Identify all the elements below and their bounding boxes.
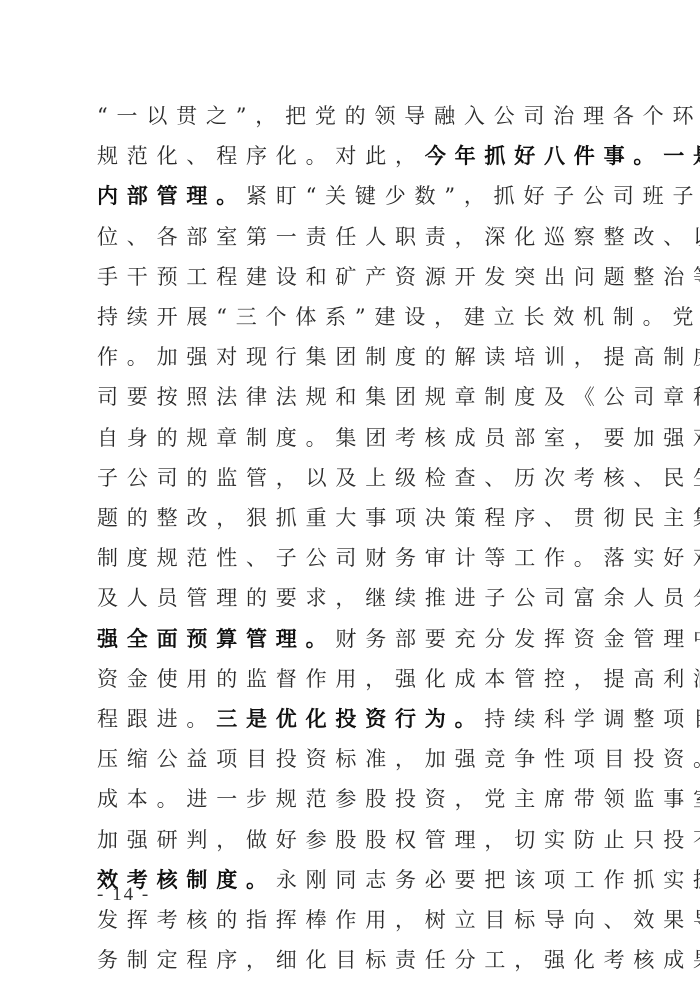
paragraph-text: 程跟进。 <box>97 707 216 731</box>
paragraph-text: 自身的规章制度。集团考核成员部室，要加强对主要业务领域和 <box>97 426 700 450</box>
bold-heading-text: 今年抓好八件事。一是进一步加强企业 <box>425 143 700 168</box>
paragraph-text: 永刚同志务必要把该项工作抓实抓好抓到位，充分 <box>276 868 700 892</box>
text-line: 压缩公益项目投资标准，加强竞争性项目投资。优化设计，管控 <box>97 744 617 774</box>
paragraph-text: “一以贯之”，把党的领导融入公司治理各个环节，实现制度化、 <box>97 104 700 128</box>
text-line: 内部管理。紧盯“关键少数”，抓好子公司班子主体责任和各单 <box>97 181 617 211</box>
text-line: 成本。进一步规范参股投资，党主席带领监事室、投资发展部， <box>97 784 617 814</box>
paragraph-text: 持续开展“三个体系”建设，建立长效机制。党主席抓好该项工 <box>97 305 700 329</box>
text-line: 手干预工程建设和矿产资源开发突出问题整治等专项工作成果， <box>97 262 617 292</box>
bold-heading-text: 强全面预算管理。 <box>97 626 335 651</box>
paragraph-text: 压缩公益项目投资标准，加强竞争性项目投资。优化设计，管控 <box>97 747 700 771</box>
document-page: “一以贯之”，把党的领导融入公司治理各个环节，实现制度化、规范化、程序化。对此，… <box>0 0 700 990</box>
text-line: 位、各部室第一责任人职责，深化巡察整改、以案促改、违规插 <box>97 222 617 252</box>
text-line: 资金使用的监督作用，强化成本管控，提高利润率，监事室要全 <box>97 664 617 694</box>
text-line: 题的整改，狠抓重大事项决策程序、贯彻民主集中制情况、内部 <box>97 503 617 533</box>
paragraph-text: 紧盯“关键少数”，抓好子公司班子主体责任和各单 <box>246 184 700 208</box>
text-line: 务制定程序，细化目标责任分工，强化考核成果运用，统筹考虑 <box>97 945 617 975</box>
text-line: 自身的规章制度。集团考核成员部室，要加强对主要业务领域和 <box>97 423 617 453</box>
paragraph-text: 务制定程序，细化目标责任分工，强化考核成果运用，统筹考虑 <box>97 948 700 972</box>
paragraph-text: 财务部要充分发挥资金管理中心对下属子公司 <box>335 627 700 651</box>
bold-heading-text: 三是优化投资行为。 <box>216 706 484 731</box>
text-line: 发挥考核的指挥棒作用，树立目标导向、效果导向。优化目标任 <box>97 905 617 935</box>
paragraph-text: 发挥考核的指挥棒作用，树立目标导向、效果导向。优化目标任 <box>97 908 700 932</box>
paragraph-text: 制度规范性、子公司财务审计等工作。落实好对子公司工资总额 <box>97 546 700 570</box>
text-line: 程跟进。三是优化投资行为。持续科学调整项目类型和项目规模， <box>97 704 617 734</box>
paragraph-text: 及人员管理的要求，继续推进子公司富余人员分流工作。 <box>97 586 700 610</box>
text-line: 强全面预算管理。财务部要充分发挥资金管理中心对下属子公司 <box>97 624 617 654</box>
page-number: - 14 - <box>97 882 150 908</box>
paragraph-text: 加强研判，做好参股股权管理，切实防止只投不管。 <box>97 828 700 852</box>
text-line: 效考核制度。永刚同志务必要把该项工作抓实抓好抓到位，充分 <box>97 865 617 895</box>
text-line: 制度规范性、子公司财务审计等工作。落实好对子公司工资总额 <box>97 543 617 573</box>
text-line: “一以贯之”，把党的领导融入公司治理各个环节，实现制度化、 <box>97 101 617 131</box>
text-line: 司要按照法律法规和集团规章制度及《公司章程》，全面修订完善 <box>97 382 617 412</box>
text-line: 及人员管理的要求，继续推进子公司富余人员分流工作。二是加 <box>97 583 617 613</box>
text-line: 作。加强对现行集团制度的解读培训，提高制度执行力。各子公 <box>97 342 617 372</box>
text-line: 规范化、程序化。对此，今年抓好八件事。一是进一步加强企业 <box>97 141 617 171</box>
text-line: 加强研判，做好参股股权管理，切实防止只投不管。四是完善绩 <box>97 825 617 855</box>
bold-heading-text: 内部管理。 <box>97 183 246 208</box>
paragraph-text: 题的整改，狠抓重大事项决策程序、贯彻民主集中制情况、内部 <box>97 506 700 530</box>
paragraph-text: 子公司的监管，以及上级检查、历次考核、民生生活会等反馈问 <box>97 466 700 490</box>
paragraph-text: 规范化、程序化。对此， <box>97 144 425 168</box>
paragraph-text: 手干预工程建设和矿产资源开发突出问题整治等专项工作成果， <box>97 265 700 289</box>
paragraph-text: 作。加强对现行集团制度的解读培训，提高制度执行力。各子公 <box>97 345 700 369</box>
paragraph-text: 持续科学调整项目类型和项目规模， <box>484 707 700 731</box>
paragraph-text: 成本。进一步规范参股投资，党主席带领监事室、投资发展部， <box>97 787 700 811</box>
text-line: 子公司的监管，以及上级检查、历次考核、民生生活会等反馈问 <box>97 463 617 493</box>
text-line: 持续开展“三个体系”建设，建立长效机制。党主席抓好该项工 <box>97 302 617 332</box>
paragraph-text: 位、各部室第一责任人职责，深化巡察整改、以案促改、违规插 <box>97 225 700 249</box>
paragraph-text: 资金使用的监督作用，强化成本管控，提高利润率，监事室要全 <box>97 667 700 691</box>
paragraph-text: 司要按照法律法规和集团规章制度及《公司章程》，全面修订完善 <box>97 385 700 409</box>
